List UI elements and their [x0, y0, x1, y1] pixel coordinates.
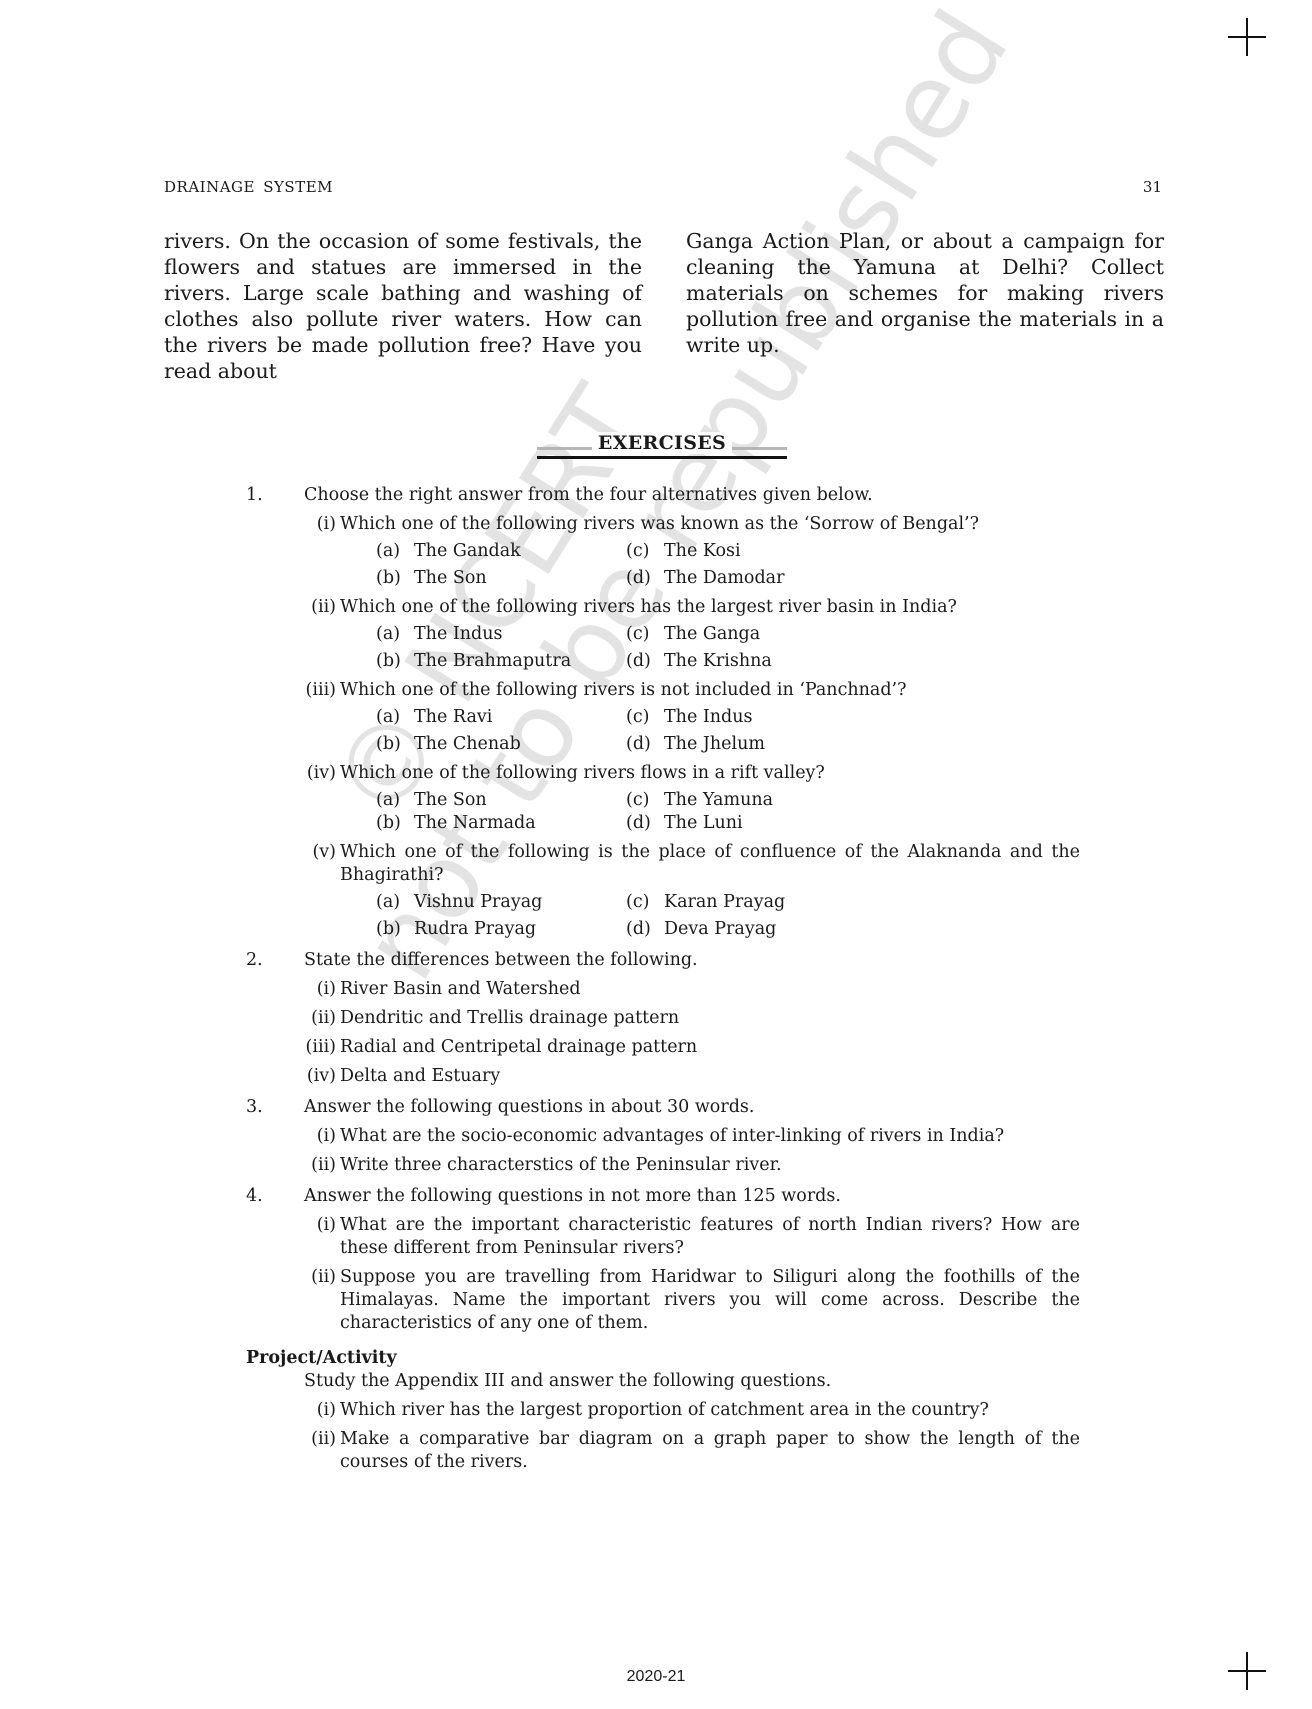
sub-question-text: Which one of the following rivers is not… — [340, 679, 1080, 702]
sub-question: (i)What are the important characteristic… — [246, 1214, 1080, 1260]
question-text: Answer the following questions in not mo… — [304, 1185, 1080, 1208]
answer-option: (c)Karan Prayag — [626, 891, 926, 914]
sub-question-text: Which one of the following rivers flows … — [340, 762, 1080, 785]
sub-question-text: Delta and Estuary — [340, 1065, 1080, 1088]
option-text: Deva Prayag — [664, 919, 776, 939]
answer-option: (c)The Yamuna — [626, 789, 926, 812]
option-letter: (b) — [376, 567, 414, 590]
option-text: The Son — [414, 790, 487, 810]
sub-question-text: Make a comparative bar diagram on a grap… — [340, 1428, 1080, 1474]
option-letter: (a) — [376, 706, 414, 729]
answer-option: (d)The Luni — [626, 812, 926, 835]
option-text: The Luni — [664, 813, 743, 833]
option-text: Karan Prayag — [664, 892, 785, 912]
answer-option: (a)The Gandak — [376, 540, 626, 563]
question-text: Answer the following questions in about … — [304, 1096, 1080, 1119]
answer-option: (a)The Son — [376, 789, 626, 812]
sub-question-number: (i) — [304, 1399, 336, 1422]
answer-option: (c)The Kosi — [626, 540, 926, 563]
intro-right-column: Ganga Action Plan, or about a campaign f… — [686, 228, 1164, 384]
sub-question: (i)Which river has the largest proportio… — [246, 1399, 1080, 1422]
question: 1.Choose the right answer from the four … — [246, 484, 1080, 941]
option-letter: (a) — [376, 891, 414, 914]
answer-options: (a)The Gandak(c)The Kosi(b)The Son(d)The… — [340, 540, 1080, 590]
project-intro: Study the Appendix III and answer the fo… — [246, 1370, 1080, 1393]
footer-year: 2020-21 — [0, 1668, 1312, 1686]
sub-question: (ii)Dendritic and Trellis drainage patte… — [246, 1007, 1080, 1030]
option-text: The Krishna — [664, 651, 772, 671]
sub-question-number: (i) — [304, 513, 336, 536]
project-questions: (i)Which river has the largest proportio… — [246, 1399, 1080, 1474]
option-letter: (d) — [626, 567, 664, 590]
exercises-title: EXERCISES — [592, 432, 732, 454]
answer-option: (c)The Ganga — [626, 623, 926, 646]
question: 4.Answer the following questions in not … — [246, 1185, 1080, 1335]
question: 2.State the differences between the foll… — [246, 949, 1080, 1088]
option-text: The Indus — [414, 624, 503, 644]
sub-question: (i)River Basin and Watershed — [246, 978, 1080, 1001]
sub-question-text: Which one of the following rivers has th… — [340, 596, 1080, 619]
answer-option: (b)The Brahmaputra — [376, 650, 626, 673]
question-number: 2. — [246, 949, 263, 972]
option-text: The Jhelum — [664, 734, 765, 754]
option-letter: (b) — [376, 918, 414, 941]
option-text: The Damodar — [664, 568, 784, 588]
sub-question: (ii)Suppose you are travelling from Hari… — [246, 1266, 1080, 1335]
answer-option: (a)Vishnu Prayag — [376, 891, 626, 914]
answer-option: (a)The Indus — [376, 623, 626, 646]
option-text: The Ravi — [414, 707, 492, 727]
option-text: The Ganga — [664, 624, 760, 644]
sub-question-text: Which river has the largest proportion o… — [340, 1399, 1080, 1422]
answer-option: (d)The Krishna — [626, 650, 926, 673]
exercises-heading: EXERCISES — [537, 432, 787, 454]
answer-options: (a)The Ravi(c)The Indus(b)The Chenab(d)T… — [340, 706, 1080, 756]
option-text: The Chenab — [414, 734, 521, 754]
option-letter: (c) — [626, 789, 664, 812]
sub-question-number: (i) — [304, 1125, 336, 1148]
answer-option: (b)Rudra Prayag — [376, 918, 626, 941]
option-letter: (b) — [376, 733, 414, 756]
option-letter: (c) — [626, 706, 664, 729]
answer-option: (b)The Chenab — [376, 733, 626, 756]
sub-question-text: What are the socio-economic advantages o… — [340, 1125, 1080, 1148]
sub-question-number: (v) — [304, 841, 336, 864]
intro-columns: rivers. On the occasion of some festival… — [164, 228, 1164, 384]
option-text: The Brahmaputra — [414, 651, 571, 671]
answer-option: (d)Deva Prayag — [626, 918, 926, 941]
intro-left-column: rivers. On the occasion of some festival… — [164, 228, 642, 384]
question-number: 3. — [246, 1096, 263, 1119]
sub-question: (iii)Which one of the following rivers i… — [246, 679, 1080, 756]
option-letter: (d) — [626, 918, 664, 941]
option-text: Rudra Prayag — [414, 919, 536, 939]
answer-option: (b)The Son — [376, 567, 626, 590]
sub-question-number: (iv) — [304, 762, 336, 785]
page-number: 31 — [1143, 178, 1162, 196]
sub-question-text: What are the important characteristic fe… — [340, 1214, 1080, 1260]
option-text: The Kosi — [664, 541, 741, 561]
option-letter: (c) — [626, 623, 664, 646]
question-number: 1. — [246, 484, 263, 507]
option-text: Vishnu Prayag — [414, 892, 542, 912]
sub-question: (i)What are the socio-economic advantage… — [246, 1125, 1080, 1148]
sub-question: (ii)Which one of the following rivers ha… — [246, 596, 1080, 673]
option-text: The Yamuna — [664, 790, 773, 810]
question: 3.Answer the following questions in abou… — [246, 1096, 1080, 1177]
sub-question-number: (iii) — [304, 679, 336, 702]
answer-options: (a)The Son(c)The Yamuna(b)The Narmada(d)… — [340, 789, 1080, 835]
sub-question-number: (ii) — [304, 1007, 336, 1030]
answer-option: (d)The Jhelum — [626, 733, 926, 756]
sub-question-text: River Basin and Watershed — [340, 978, 1080, 1001]
sub-question: (ii)Make a comparative bar diagram on a … — [246, 1428, 1080, 1474]
option-letter: (d) — [626, 733, 664, 756]
sub-question-number: (iv) — [304, 1065, 336, 1088]
question-text: Choose the right answer from the four al… — [304, 484, 1080, 507]
answer-option: (b)The Narmada — [376, 812, 626, 835]
option-letter: (b) — [376, 812, 414, 835]
sub-question-number: (ii) — [304, 596, 336, 619]
option-letter: (c) — [626, 540, 664, 563]
sub-question-number: (i) — [304, 1214, 336, 1237]
option-letter: (d) — [626, 812, 664, 835]
option-letter: (b) — [376, 650, 414, 673]
sub-question: (iv)Which one of the following rivers fl… — [246, 762, 1080, 835]
answer-option: (c)The Indus — [626, 706, 926, 729]
exercises-list: 1.Choose the right answer from the four … — [246, 484, 1080, 1474]
answer-option: (a)The Ravi — [376, 706, 626, 729]
answer-options: (a)The Indus(c)The Ganga(b)The Brahmaput… — [340, 623, 1080, 673]
option-letter: (a) — [376, 623, 414, 646]
answer-options: (a)Vishnu Prayag(c)Karan Prayag(b)Rudra … — [340, 891, 1080, 941]
sub-question-text: Which one of the following is the place … — [340, 841, 1080, 887]
sub-question: (iii)Radial and Centripetal drainage pat… — [246, 1036, 1080, 1059]
sub-question: (i)Which one of the following rivers was… — [246, 513, 1080, 590]
option-letter: (c) — [626, 891, 664, 914]
answer-option: (d)The Damodar — [626, 567, 926, 590]
option-text: The Indus — [664, 707, 753, 727]
sub-question-number: (i) — [304, 978, 336, 1001]
sub-question: (ii)Write three characterstics of the Pe… — [246, 1154, 1080, 1177]
sub-question: (iv)Delta and Estuary — [246, 1065, 1080, 1088]
option-text: The Narmada — [414, 813, 536, 833]
sub-question: (v)Which one of the following is the pla… — [246, 841, 1080, 941]
option-text: The Gandak — [414, 541, 521, 561]
running-head: DRAINAGE SYSTEM — [164, 178, 333, 196]
heading-rule-black — [537, 456, 787, 459]
option-letter: (a) — [376, 540, 414, 563]
option-letter: (d) — [626, 650, 664, 673]
question-text: State the differences between the follow… — [304, 949, 1080, 972]
option-letter: (a) — [376, 789, 414, 812]
sub-question-number: (ii) — [304, 1266, 336, 1289]
sub-question-text: Which one of the following rivers was kn… — [340, 513, 1080, 536]
sub-question-number: (ii) — [304, 1428, 336, 1451]
sub-question-text: Radial and Centripetal drainage pattern — [340, 1036, 1080, 1059]
sub-question-text: Dendritic and Trellis drainage pattern — [340, 1007, 1080, 1030]
sub-question-number: (ii) — [304, 1154, 336, 1177]
sub-question-text: Write three characterstics of the Penins… — [340, 1154, 1080, 1177]
sub-question-number: (iii) — [304, 1036, 336, 1059]
project-heading: Project/Activity — [246, 1347, 1080, 1370]
question-number: 4. — [246, 1185, 263, 1208]
option-text: The Son — [414, 568, 487, 588]
sub-question-text: Suppose you are travelling from Haridwar… — [340, 1266, 1080, 1335]
